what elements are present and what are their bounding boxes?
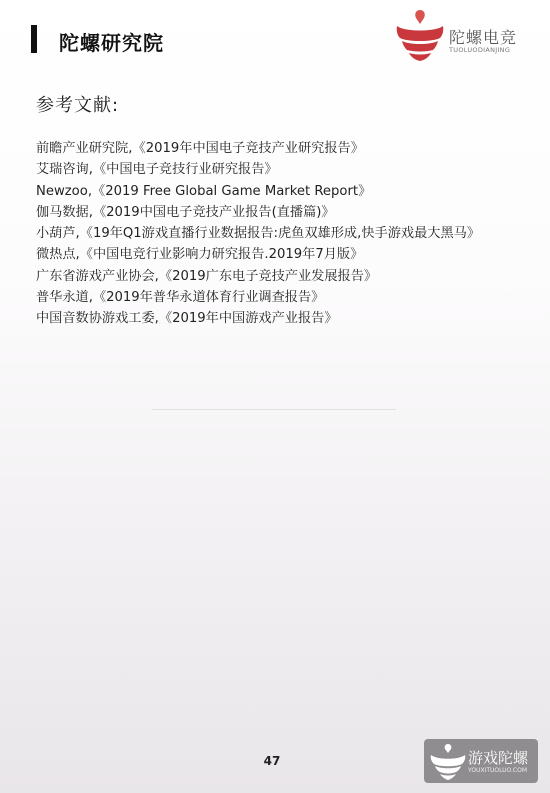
header-accent-bar xyxy=(31,25,37,53)
logo-name-cn: 陀螺电竞 xyxy=(449,25,517,48)
reference-item: 前瞻产业研究院,《2019年中国电子竞技产业研究报告》 xyxy=(36,138,506,159)
watermark-name-cn: 游戏陀螺 xyxy=(468,747,528,768)
section-title: 参考文献: xyxy=(36,91,119,117)
reference-list: 前瞻产业研究院,《2019年中国电子竞技产业研究报告》 艾瑞咨询,《中国电子竞技… xyxy=(36,138,506,330)
spinning-top-logo-icon xyxy=(394,8,446,64)
reference-item: 伽马数据,《2019中国电子竞技产业报告(直播篇)》 xyxy=(36,202,506,223)
reference-item: Newzoo,《2019 Free Global Game Market Rep… xyxy=(36,181,506,202)
reference-item: 微热点,《中国电竞行业影响力研究报告.2019年7月版》 xyxy=(36,244,506,265)
document-page: 陀螺研究院 陀螺电竞 TUOLUODIANJING 参考文献: 前瞻产业研究院,… xyxy=(0,0,550,793)
watermark-badge: 游戏陀螺 YOUXITUOLUO.COM xyxy=(424,739,538,783)
watermark-name-en: YOUXITUOLUO.COM xyxy=(468,767,527,774)
reference-item: 广东省游戏产业协会,《2019广东电子竞技产业发展报告》 xyxy=(36,266,506,287)
page-header-title: 陀螺研究院 xyxy=(59,27,164,56)
reference-item: 小葫芦,《19年Q1游戏直播行业数据报告:虎鱼双雄形成,快手游戏最大黑马》 xyxy=(36,223,506,244)
spinning-top-icon xyxy=(429,743,467,781)
reference-item: 普华永道,《2019年普华永道体育行业调查报告》 xyxy=(36,287,506,308)
reference-item: 艾瑞咨询,《中国电子竞技行业研究报告》 xyxy=(36,159,506,180)
divider xyxy=(152,409,396,410)
logo-name-en: TUOLUODIANJING xyxy=(449,46,510,54)
brand-logo: 陀螺电竞 TUOLUODIANJING xyxy=(394,8,534,64)
reference-item: 中国音数协游戏工委,《2019年中国游戏产业报告》 xyxy=(36,308,506,329)
